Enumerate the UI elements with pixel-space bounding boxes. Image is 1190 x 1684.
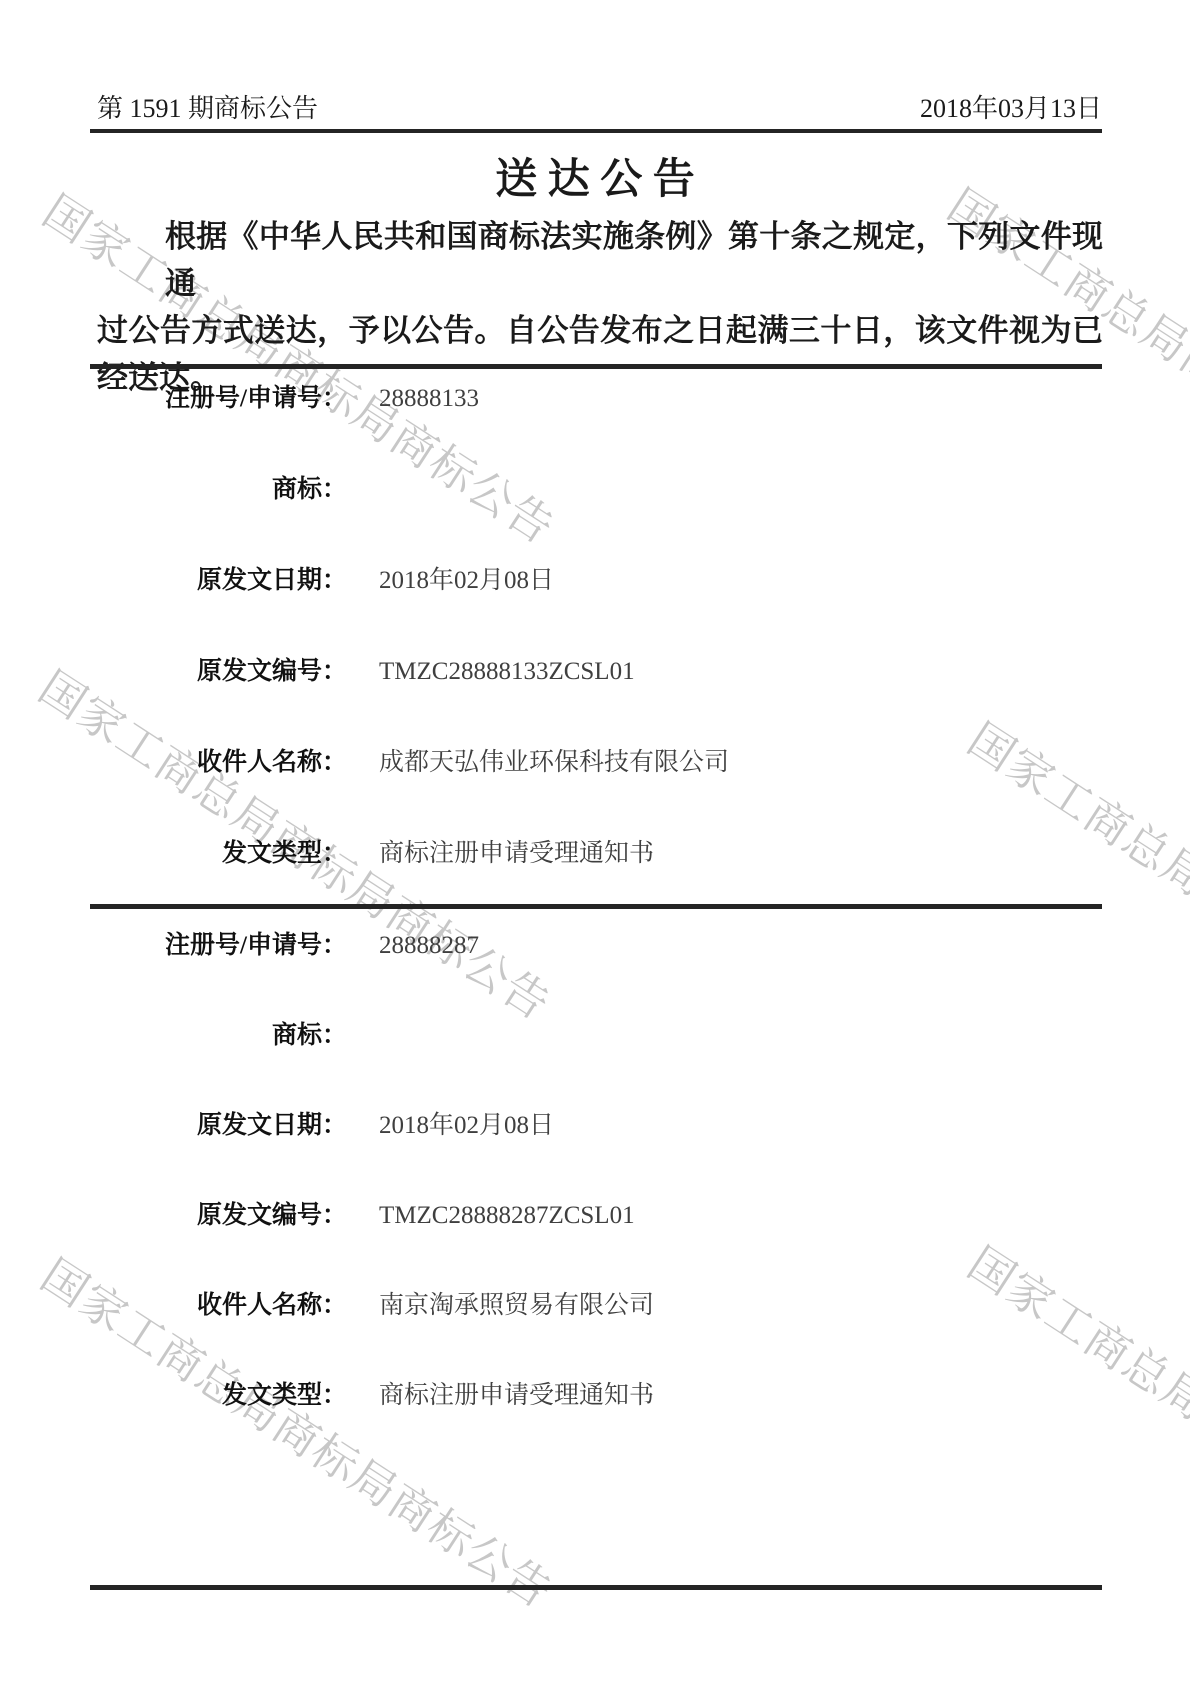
field-value: 28888133 xyxy=(379,383,479,415)
field-row-registration-number: 注册号/申请号： 28888287 xyxy=(97,930,1103,962)
field-label: 原发文日期： xyxy=(97,565,347,597)
intro-line: 过公告方式送达，予以公告。自公告发布之日起满三十日，该文件视为已 xyxy=(97,307,1103,354)
field-row-original-document-number: 原发文编号： TMZC28888287ZCSL01 xyxy=(97,1200,1103,1232)
field-row-document-type: 发文类型： 商标注册申请受理通知书 xyxy=(97,1380,1103,1412)
field-value: 2018年02月08日 xyxy=(379,1110,554,1142)
section-rule xyxy=(90,364,1102,369)
field-label: 收件人名称： xyxy=(97,747,347,779)
field-label: 原发文编号： xyxy=(97,1200,347,1232)
field-label: 注册号/申请号： xyxy=(97,930,347,962)
field-value: 商标注册申请受理通知书 xyxy=(379,838,654,870)
field-row-original-issue-date: 原发文日期： 2018年02月08日 xyxy=(97,1110,1103,1142)
field-row-recipient-name: 收件人名称： 成都天弘伟业环保科技有限公司 xyxy=(97,747,1103,779)
field-row-original-document-number: 原发文编号： TMZC28888133ZCSL01 xyxy=(97,656,1103,688)
field-label: 商标： xyxy=(97,474,347,506)
field-label: 原发文日期： xyxy=(97,1110,347,1142)
intro-line: 根据《中华人民共和国商标法实施条例》第十条之规定，下列文件现通 xyxy=(97,213,1103,307)
header-rule xyxy=(90,129,1102,133)
field-value: TMZC28888133ZCSL01 xyxy=(379,656,635,688)
field-row-original-issue-date: 原发文日期： 2018年02月08日 xyxy=(97,565,1103,597)
intro-paragraph: 根据《中华人民共和国商标法实施条例》第十条之规定，下列文件现通 过公告方式送达，… xyxy=(97,213,1103,401)
field-value: 28888287 xyxy=(379,930,479,962)
field-value: TMZC28888287ZCSL01 xyxy=(379,1200,635,1232)
field-label: 发文类型： xyxy=(97,1380,347,1412)
page-content: 第 1591 期商标公告 2018年03月13日 送 达 公 告 根据《中华人民… xyxy=(0,0,1190,1684)
field-row-trademark: 商标： xyxy=(97,1020,1103,1052)
field-row-recipient-name: 收件人名称： 南京淘承照贸易有限公司 xyxy=(97,1290,1103,1322)
field-label: 收件人名称： xyxy=(97,1290,347,1322)
field-label: 注册号/申请号： xyxy=(97,383,347,415)
field-value: 2018年02月08日 xyxy=(379,565,554,597)
field-label: 发文类型： xyxy=(97,838,347,870)
section-rule xyxy=(90,904,1102,909)
header-issue-label: 第 1591 期商标公告 xyxy=(97,88,318,125)
bottom-rule xyxy=(90,1585,1102,1590)
field-value: 南京淘承照贸易有限公司 xyxy=(379,1290,654,1322)
gazette-page: 国家工商总局商标局商标公告 国家工商总局商标局商标公告 国家工商总局商标局商标公… xyxy=(0,0,1190,1684)
field-label: 原发文编号： xyxy=(97,656,347,688)
page-title: 送 达 公 告 xyxy=(0,146,1190,206)
field-value: 成都天弘伟业环保科技有限公司 xyxy=(379,747,729,779)
field-value: 商标注册申请受理通知书 xyxy=(379,1380,654,1412)
field-row-registration-number: 注册号/申请号： 28888133 xyxy=(97,383,1103,415)
field-row-trademark: 商标： xyxy=(97,474,1103,506)
field-row-document-type: 发文类型： 商标注册申请受理通知书 xyxy=(97,838,1103,870)
header-date: 2018年03月13日 xyxy=(920,88,1102,125)
field-label: 商标： xyxy=(97,1020,347,1052)
